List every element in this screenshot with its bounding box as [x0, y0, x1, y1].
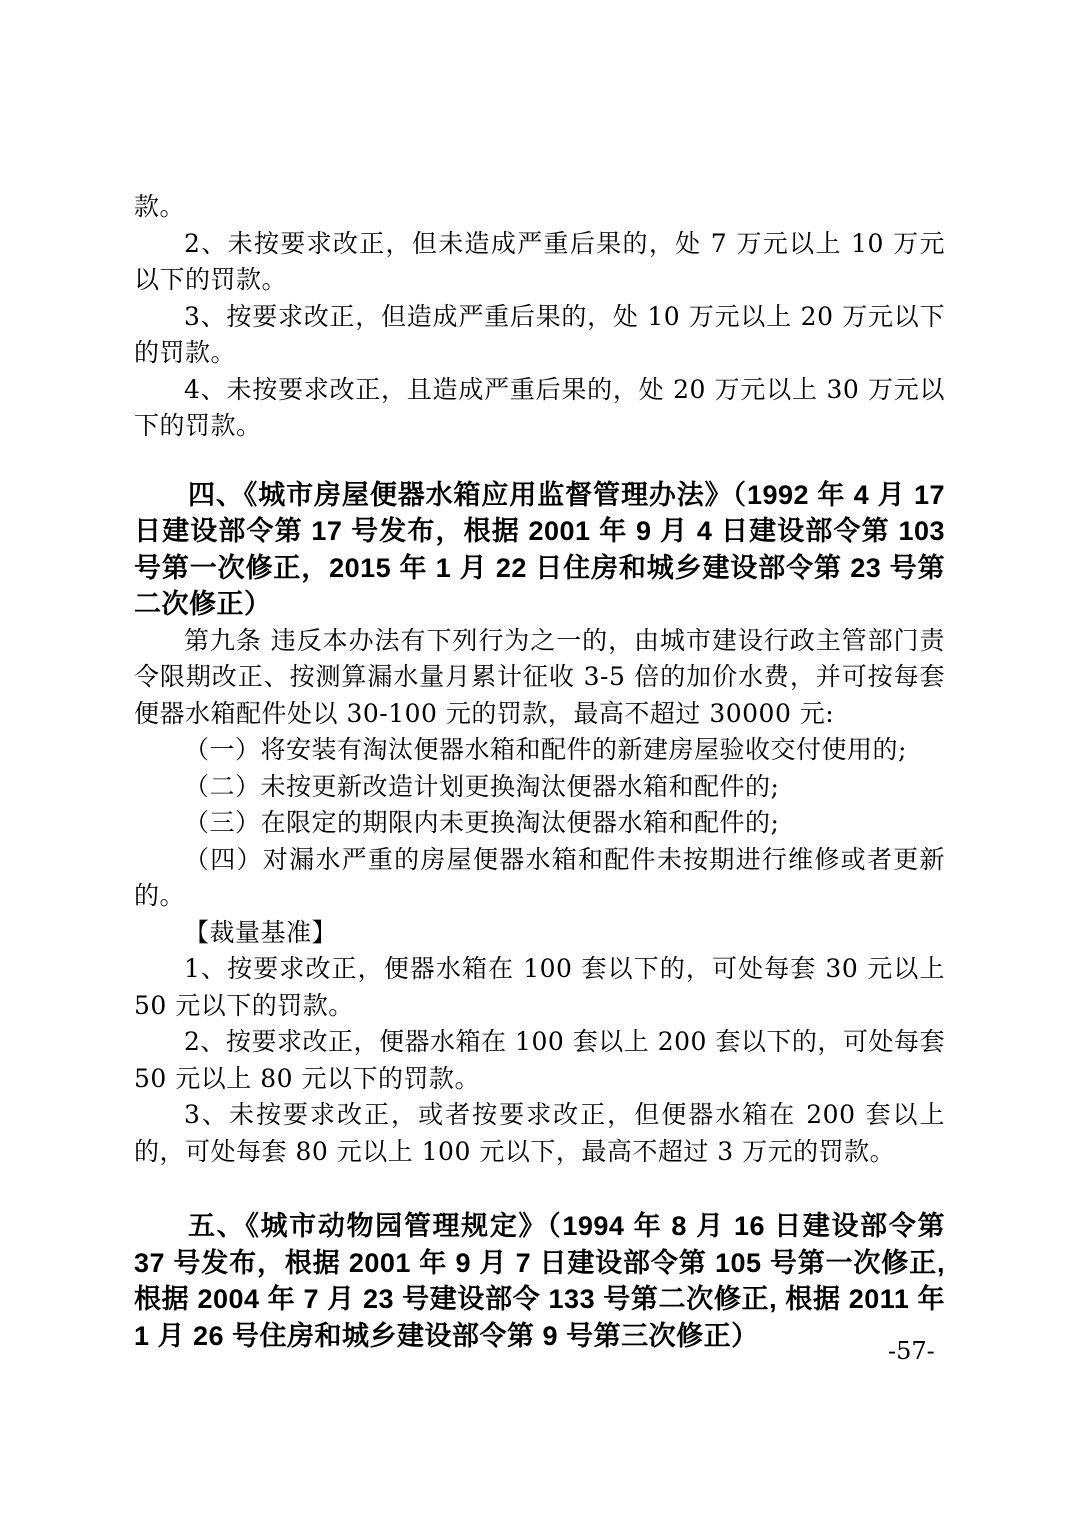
continuation-line: 款。 [134, 189, 945, 226]
sub-item-2: （二）未按更新改造计划更换淘汰便器水箱和配件的; [134, 769, 945, 806]
criteria-item-2: 2、按要求改正，便器水箱在 100 套以上 200 套以下的，可处每套 50 元… [134, 1024, 945, 1097]
article-9-clause: 第九条 违反本办法有下列行为之一的，由城市建设行政主管部门责令限期改正、按测算漏… [134, 623, 945, 733]
criteria-item-1: 1、按要求改正，便器水箱在 100 套以下的，可处每套 30 元以上 50 元以… [134, 951, 945, 1024]
criteria-label: 【裁量基准】 [134, 915, 945, 952]
sub-item-1: （一）将安装有淘汰便器水箱和配件的新建房屋验收交付使用的; [134, 732, 945, 769]
document-page: { "page": { "background": "#ffffff", "te… [0, 0, 1075, 1520]
sub-item-3: （三）在限定的期限内未更换淘汰便器水箱和配件的; [134, 805, 945, 842]
penalty-item-2: 2、未按要求改正，但未造成严重后果的，处 7 万元以上 10 万元以下的罚款。 [134, 226, 945, 299]
penalty-item-4: 4、未按要求改正，且造成严重后果的，处 20 万元以上 30 万元以下的罚款。 [134, 372, 945, 445]
penalty-item-3: 3、按要求改正，但造成严重后果的，处 10 万元以上 20 万元以下的罚款。 [134, 299, 945, 372]
section-heading-5: 五、《城市动物园管理规定》（1994 年 8 月 16 日建设部令第 37 号发… [134, 1208, 945, 1354]
section-heading-4: 四、《城市房屋便器水箱应用监督管理办法》（1992 年 4 月 17 日建设部令… [134, 477, 945, 623]
document-body: 款。 2、未按要求改正，但未造成严重后果的，处 7 万元以上 10 万元以下的罚… [134, 189, 945, 1354]
sub-item-4: （四）对漏水严重的房屋便器水箱和配件未按期进行维修或者更新的。 [134, 842, 945, 915]
page-number: -57- [888, 1336, 935, 1366]
criteria-item-3: 3、未按要求改正，或者按要求改正，但便器水箱在 200 套以上的，可处每套 80… [134, 1097, 945, 1170]
